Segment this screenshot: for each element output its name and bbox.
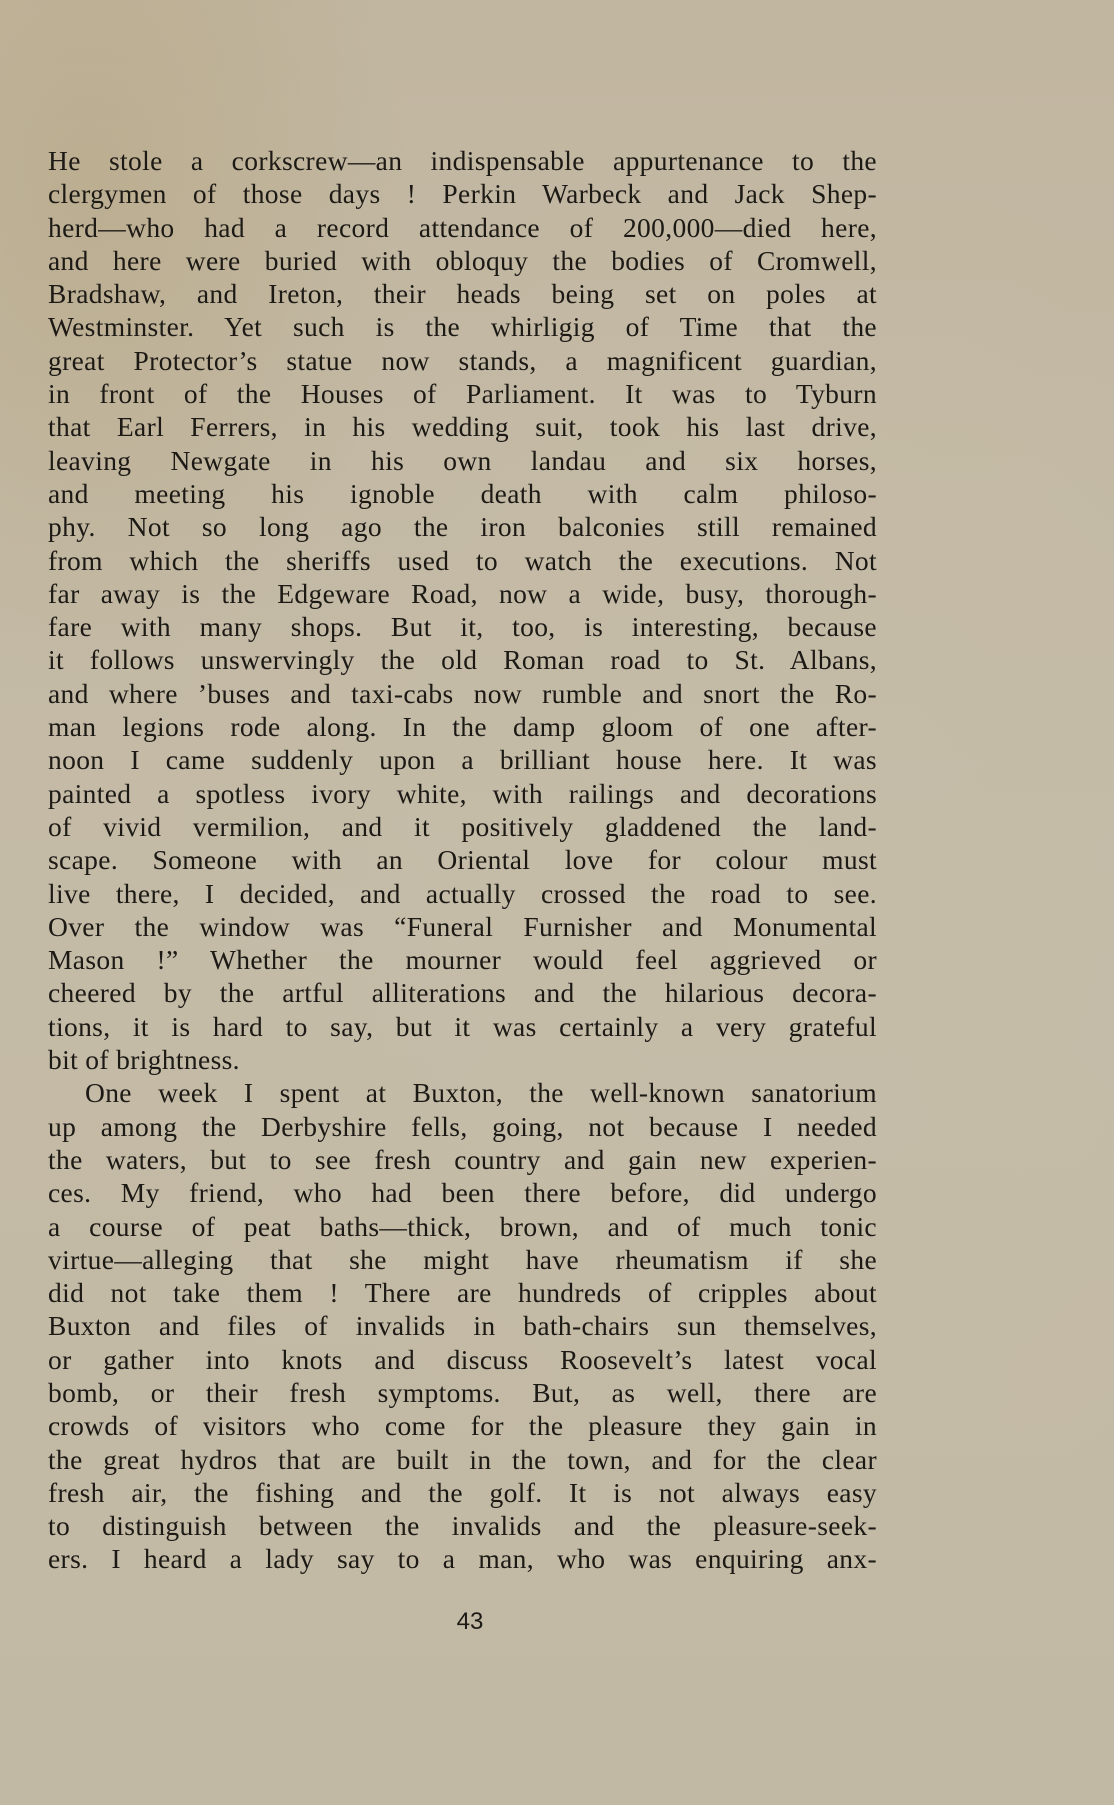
text-line: from which the sheriffs used to watch th…: [48, 544, 877, 577]
paragraph-2: One week I spent at Buxton, the well-kno…: [48, 1076, 877, 1575]
text-line: and where ’buses and taxi-cabs now rumbl…: [48, 677, 877, 710]
text-line: Mason !” Whether the mourner would feel …: [48, 943, 877, 976]
text-line: the great hydros that are built in the t…: [48, 1443, 877, 1476]
text-line: did not take them ! There are hundreds o…: [48, 1276, 877, 1309]
text-line: virtue—alleging that she might have rheu…: [48, 1243, 877, 1276]
text-line: bomb, or their fresh symptoms. But, as w…: [48, 1376, 877, 1409]
text-line: ces. My friend, who had been there befor…: [48, 1176, 877, 1209]
text-line: fresh air, the fishing and the golf. It …: [48, 1476, 877, 1509]
text-line: bit of brightness.: [48, 1043, 877, 1076]
text-line: fare with many shops. But it, too, is in…: [48, 610, 877, 643]
text-line: live there, I decided, and actually cros…: [48, 877, 877, 910]
text-line: crowds of visitors who come for the plea…: [48, 1409, 877, 1442]
text-line: One week I spent at Buxton, the well-kno…: [48, 1076, 877, 1109]
text-line: far away is the Edgeware Road, now a wid…: [48, 577, 877, 610]
text-line: or gather into knots and discuss Rooseve…: [48, 1343, 877, 1376]
text-line: it follows unswervingly the old Roman ro…: [48, 643, 877, 676]
text-line: scape. Someone with an Oriental love for…: [48, 843, 877, 876]
text-line: that Earl Ferrers, in his wedding suit, …: [48, 410, 877, 443]
text-line: to distinguish between the invalids and …: [48, 1509, 877, 1542]
text-line: noon I came suddenly upon a brilliant ho…: [48, 743, 877, 776]
text-line: man legions rode along. In the damp gloo…: [48, 710, 877, 743]
text-line: clergymen of those days ! Perkin Warbeck…: [48, 177, 877, 210]
text-line: Bradshaw, and Ireton, their heads being …: [48, 277, 877, 310]
body-text: He stole a corkscrew—an indispensable ap…: [48, 144, 877, 1576]
text-line: Buxton and files of invalids in bath-cha…: [48, 1309, 877, 1342]
text-line: Westminster. Yet such is the whirligig o…: [48, 310, 877, 343]
text-line: ers. I heard a lady say to a man, who wa…: [48, 1542, 877, 1575]
text-line: in front of the Houses of Parliament. It…: [48, 377, 877, 410]
text-line: leaving Newgate in his own landau and si…: [48, 444, 877, 477]
text-line: painted a spotless ivory white, with rai…: [48, 777, 877, 810]
page-number: 43: [440, 1606, 500, 1638]
text-line: herd—who had a record attendance of 200,…: [48, 211, 877, 244]
text-line: up among the Derbyshire fells, going, no…: [48, 1110, 877, 1143]
text-line: and here were buried with obloquy the bo…: [48, 244, 877, 277]
paragraph-1: He stole a corkscrew—an indispensable ap…: [48, 144, 877, 1076]
text-line: and meeting his ignoble death with calm …: [48, 477, 877, 510]
text-line: phy. Not so long ago the iron balconies …: [48, 510, 877, 543]
text-line: tions, it is hard to say, but it was cer…: [48, 1010, 877, 1043]
text-line: cheered by the artful alliterations and …: [48, 976, 877, 1009]
text-line: a course of peat baths—thick, brown, and…: [48, 1210, 877, 1243]
book-page: He stole a corkscrew—an indispensable ap…: [0, 0, 1114, 1805]
text-line: Over the window was “Funeral Furnisher a…: [48, 910, 877, 943]
text-line: the waters, but to see fresh country and…: [48, 1143, 877, 1176]
text-line: He stole a corkscrew—an indispensable ap…: [48, 144, 877, 177]
text-line: great Protector’s statue now stands, a m…: [48, 344, 877, 377]
text-line: of vivid vermilion, and it positively gl…: [48, 810, 877, 843]
